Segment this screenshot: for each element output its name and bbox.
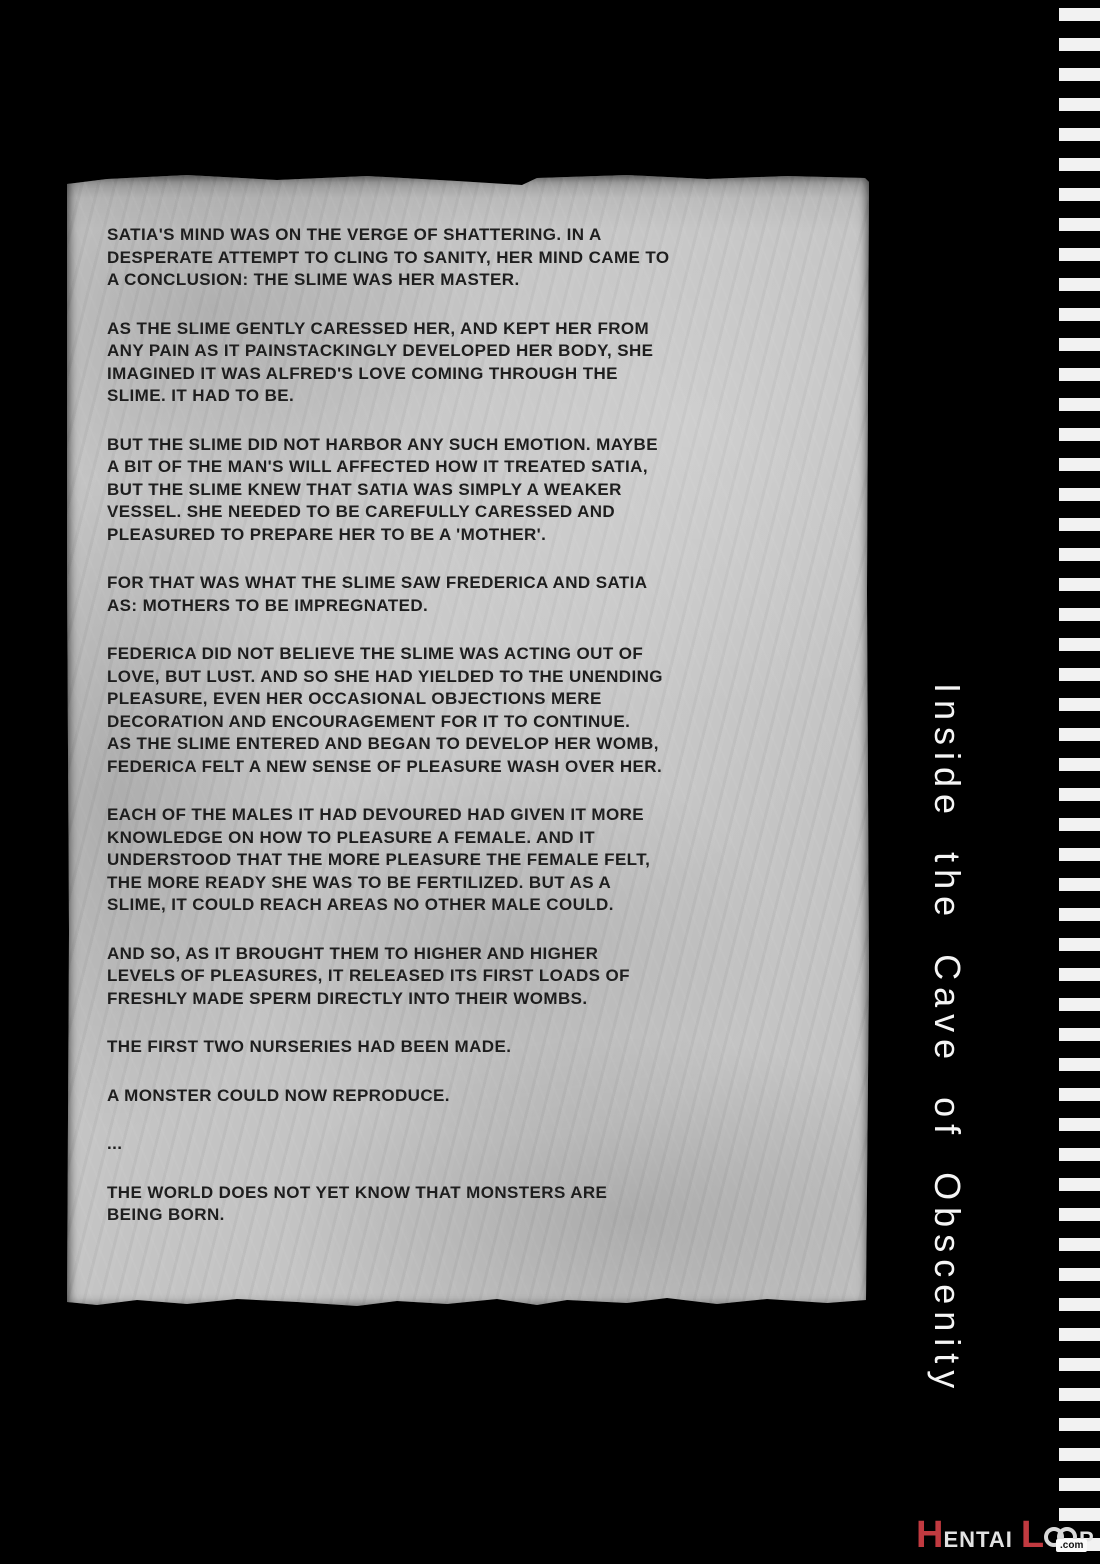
- text-line: DECORATION AND ENCOURAGEMENT FOR IT TO C…: [107, 711, 839, 734]
- paragraph: EACH OF THE MALES IT HAD DEVOURED HAD GI…: [107, 804, 839, 917]
- text-line: THE FIRST TWO NURSERIES HAD BEEN MADE.: [107, 1036, 839, 1059]
- paragraph: AS THE SLIME GENTLY CARESSED HER, AND KE…: [107, 318, 839, 408]
- text-line: THE MORE READY SHE WAS TO BE FERTILIZED.…: [107, 872, 839, 895]
- scanned-page: { "colors": { "background": "#000000", "…: [0, 0, 1100, 1564]
- text-line: SLIME. IT HAD TO BE.: [107, 385, 839, 408]
- text-line: A MONSTER COULD NOW REPRODUCE.: [107, 1085, 839, 1108]
- text-line: PLEASURE, EVEN HER OCCASIONAL OBJECTIONS…: [107, 688, 839, 711]
- paragraph: A MONSTER COULD NOW REPRODUCE.: [107, 1085, 839, 1108]
- side-title-vertical: Inside the Cave of Obscenity: [922, 683, 972, 1383]
- watermark-initial-h: H: [916, 1516, 943, 1554]
- paper-sheet: SATIA'S MIND WAS ON THE VERGE OF SHATTER…: [67, 172, 869, 1308]
- text-line: BUT THE SLIME DID NOT HARBOR ANY SUCH EM…: [107, 434, 839, 457]
- watermark-tld-badge: .com: [1056, 1539, 1087, 1552]
- text-line: AS THE SLIME ENTERED AND BEGAN TO DEVELO…: [107, 733, 839, 756]
- watermark-entai: ENTAI: [943, 1529, 1012, 1551]
- text-line: AND SO, AS IT BROUGHT THEM TO HIGHER AND…: [107, 943, 839, 966]
- text-line: LEVELS OF PLEASURES, IT RELEASED ITS FIR…: [107, 965, 839, 988]
- text-line: DESPERATE ATTEMPT TO CLING TO SANITY, HE…: [107, 247, 839, 270]
- text-line: FRESHLY MADE SPERM DIRECTLY INTO THEIR W…: [107, 988, 839, 1011]
- story-text: SATIA'S MIND WAS ON THE VERGE OF SHATTER…: [67, 172, 869, 1227]
- text-line: ANY PAIN AS IT PAINSTACKINGLY DEVELOPED …: [107, 340, 839, 363]
- text-line: ...: [107, 1133, 839, 1156]
- paragraph: BUT THE SLIME DID NOT HARBOR ANY SUCH EM…: [107, 434, 839, 547]
- text-line: LOVE, BUT LUST. AND SO SHE HAD YIELDED T…: [107, 666, 839, 689]
- paragraph: ...: [107, 1133, 839, 1156]
- text-line: PLEASURED TO PREPARE HER TO BE A 'MOTHER…: [107, 524, 839, 547]
- text-line: SATIA'S MIND WAS ON THE VERGE OF SHATTER…: [107, 224, 839, 247]
- text-line: SLIME, IT COULD REACH AREAS NO OTHER MAL…: [107, 894, 839, 917]
- text-line: EACH OF THE MALES IT HAD DEVOURED HAD GI…: [107, 804, 839, 827]
- text-line: FEDERICA DID NOT BELIEVE THE SLIME WAS A…: [107, 643, 839, 666]
- text-line: THE WORLD DOES NOT YET KNOW THAT MONSTER…: [107, 1182, 839, 1205]
- watermark-initial-l: L: [1021, 1516, 1044, 1554]
- paragraph: FEDERICA DID NOT BELIEVE THE SLIME WAS A…: [107, 643, 839, 778]
- text-line: FEDERICA FELT A NEW SENSE OF PLEASURE WA…: [107, 756, 839, 779]
- text-line: FOR THAT WAS WHAT THE SLIME SAW FREDERIC…: [107, 572, 839, 595]
- text-line: IMAGINED IT WAS ALFRED'S LOVE COMING THR…: [107, 363, 839, 386]
- paragraph: SATIA'S MIND WAS ON THE VERGE OF SHATTER…: [107, 224, 839, 292]
- text-line: VESSEL. SHE NEEDED TO BE CAREFULLY CARES…: [107, 501, 839, 524]
- text-line: KNOWLEDGE ON HOW TO PLEASURE A FEMALE. A…: [107, 827, 839, 850]
- text-line: BUT THE SLIME KNEW THAT SATIA WAS SIMPLY…: [107, 479, 839, 502]
- text-line: AS: MOTHERS TO BE IMPREGNATED.: [107, 595, 839, 618]
- text-line: BEING BORN.: [107, 1204, 839, 1227]
- text-line: AS THE SLIME GENTLY CARESSED HER, AND KE…: [107, 318, 839, 341]
- paragraph: AND SO, AS IT BROUGHT THEM TO HIGHER AND…: [107, 943, 839, 1011]
- stripe-pattern: [1059, 8, 1100, 1564]
- text-line: A BIT OF THE MAN'S WILL AFFECTED HOW IT …: [107, 456, 839, 479]
- paragraph: THE WORLD DOES NOT YET KNOW THAT MONSTER…: [107, 1182, 839, 1227]
- text-line: UNDERSTOOD THAT THE MORE PLEASURE THE FE…: [107, 849, 839, 872]
- text-line: A CONCLUSION: THE SLIME WAS HER MASTER.: [107, 269, 839, 292]
- paragraph: THE FIRST TWO NURSERIES HAD BEEN MADE.: [107, 1036, 839, 1059]
- paragraph: FOR THAT WAS WHAT THE SLIME SAW FREDERIC…: [107, 572, 839, 617]
